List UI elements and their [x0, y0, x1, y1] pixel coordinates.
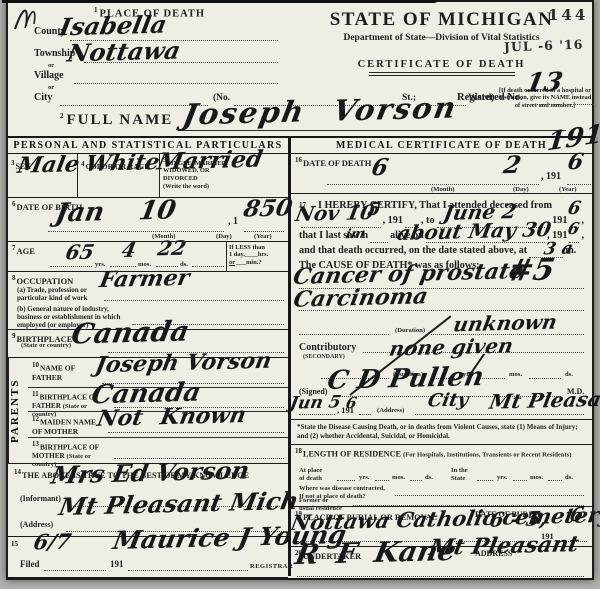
- medical-column: MEDICAL CERTIFICATE OF DEATH 16DATE OF D…: [291, 138, 592, 576]
- city-label: City: [34, 92, 52, 103]
- sign-address-label: (Address): [377, 407, 404, 414]
- full-name-label: 2FULL NAME: [60, 112, 173, 129]
- signed-line: (Signed) M.D.: [291, 384, 592, 401]
- color-race-cell: 4COLOR OR RACE: [78, 154, 160, 197]
- medical-section-title: MEDICAL CERTIFICATE OF DEATH: [291, 138, 592, 154]
- informant-address-label: (Address): [20, 520, 53, 529]
- occupation-b-label: (b) General nature of industry, business…: [17, 305, 127, 329]
- dob-year-printed: , 1: [228, 216, 238, 227]
- field-number: 1: [94, 6, 99, 14]
- date-of-birth-row: 6DATE OF BIRTH , 1 (Month) (Day) (Year): [8, 198, 288, 242]
- secondary-label: (SECONDARY): [303, 354, 345, 360]
- sex-cell: 3SEX: [8, 154, 78, 197]
- dod-year-printed: , 191: [541, 171, 561, 182]
- parents-block: PARENTS 10NAME OF FATHER 11BIRTHPLACE OF…: [8, 358, 288, 464]
- certificate-title-rule: [369, 72, 515, 76]
- contributory-line: Contributory (SECONDARY): [291, 340, 592, 366]
- or-label-2: or: [48, 84, 54, 91]
- md-label: M.D.: [567, 387, 584, 396]
- date-of-death-row: 16DATE OF DEATH , 191 (Month) (Day) (Yea…: [291, 154, 592, 194]
- full-name-line: [178, 130, 566, 131]
- county-line: [70, 40, 278, 41]
- mother-birthplace-row: 13BIRTHPLACE OF MOTHER (State or country…: [28, 438, 288, 464]
- header: 1PLACE OF DEATH County Township or Villa…: [8, 2, 592, 136]
- field-number: 2: [60, 112, 66, 120]
- signature-date-line: , 191 (Address): [291, 401, 592, 419]
- length-of-residence-block: 18LENGTH OF RESIDENCE (For Hospitals, In…: [291, 444, 592, 506]
- filed-label: Filed: [20, 559, 40, 569]
- cause-footnote: *State the Disease Causing Death, or in …: [291, 419, 592, 444]
- registered-no-label: Registered No.: [457, 92, 523, 103]
- filed-year-printed: 191: [110, 559, 124, 569]
- duration-label-1: (Duration): [395, 327, 425, 334]
- filed-row: 15 Filed 191 REGISTRAR: [8, 537, 288, 578]
- registrar-label: REGISTRAR: [250, 563, 293, 570]
- date-of-burial-label: DATE OF BURIAL: [475, 510, 543, 519]
- informant-label: (Informant): [20, 494, 61, 503]
- certificate-number-stamp: 144: [548, 6, 588, 24]
- city-line: [60, 105, 208, 106]
- signed-label: (Signed): [299, 387, 327, 396]
- age-row: 7AGE yrs. mos. ds. If LESS than 1 day,__…: [8, 242, 288, 272]
- contributory-label: Contributory: [299, 342, 356, 353]
- registered-no-line: [532, 104, 594, 105]
- secondary-duration-line: (Duration) yrs. mos. ds.: [291, 366, 592, 384]
- sex-race-marital-row: 3SEX 4COLOR OR RACE 5SINGLE, MARRIED, WI…: [8, 154, 288, 198]
- attestation-row: 14THE ABOVE IS TRUE TO THE BEST OF MY KN…: [8, 464, 288, 537]
- occupation-a-label: (a) Trade, profession or particular kind…: [17, 286, 101, 302]
- pen-mark-icon: [11, 2, 51, 32]
- state-title: STATE OF MICHIGAN: [291, 9, 592, 31]
- cause-duration-line: (Duration): [291, 318, 592, 340]
- personal-section-title: PERSONAL AND STATISTICAL PARTICULARS: [8, 138, 288, 154]
- village-label: Village: [34, 70, 64, 81]
- form-body: PERSONAL AND STATISTICAL PARTICULARS 3SE…: [8, 136, 592, 576]
- mother-maiden-row: 12MAIDEN NAME OF MOTHER: [28, 412, 288, 438]
- no-label: (No.: [213, 93, 230, 103]
- father-name-row: 10NAME OF FATHER: [28, 358, 288, 388]
- father-birthplace-row: 11BIRTHPLACE OF FATHER (State or country…: [28, 388, 288, 412]
- if-less-than-box: If LESS than 1 day,____hrs. or ___min.?: [226, 242, 288, 271]
- date-received-stamp: JUL -6 '16: [504, 37, 584, 55]
- or-label-1: or: [48, 62, 54, 69]
- certificate-title: CERTIFICATE OF DEATH: [291, 59, 592, 70]
- certification-paragraph: 17I HEREBY CERTIFY, That I attended dece…: [291, 194, 592, 266]
- personal-column: PERSONAL AND STATISTICAL PARTICULARS 3SE…: [8, 138, 291, 576]
- birthplace-row: 9BIRTHPLACE (State or country): [8, 330, 288, 358]
- cause-of-death-area: [291, 266, 592, 318]
- township-label: Township: [34, 48, 75, 59]
- scanned-document: 1PLACE OF DEATH County Township or Villa…: [0, 0, 600, 589]
- village-line: [74, 83, 278, 84]
- undertaker-row: 20UNDERTAKER ADDRESS: [291, 546, 592, 580]
- burial-row: 19PLACE OF BURIAL OR REMOVAL DATE OF BUR…: [291, 506, 592, 546]
- parents-label: PARENTS: [8, 358, 28, 463]
- undertaker-address-label: ADDRESS: [475, 549, 512, 558]
- state-heading-block: STATE OF MICHIGAN Department of State—Di…: [291, 2, 592, 108]
- occupation-row: 8OCCUPATION (a) Trade, profession or par…: [8, 272, 288, 330]
- township-line: [84, 62, 278, 63]
- marital-cell: 5SINGLE, MARRIED, WIDOWED, OR DIVORCED (…: [160, 154, 288, 197]
- death-certificate: 1PLACE OF DEATH County Township or Villa…: [6, 0, 594, 580]
